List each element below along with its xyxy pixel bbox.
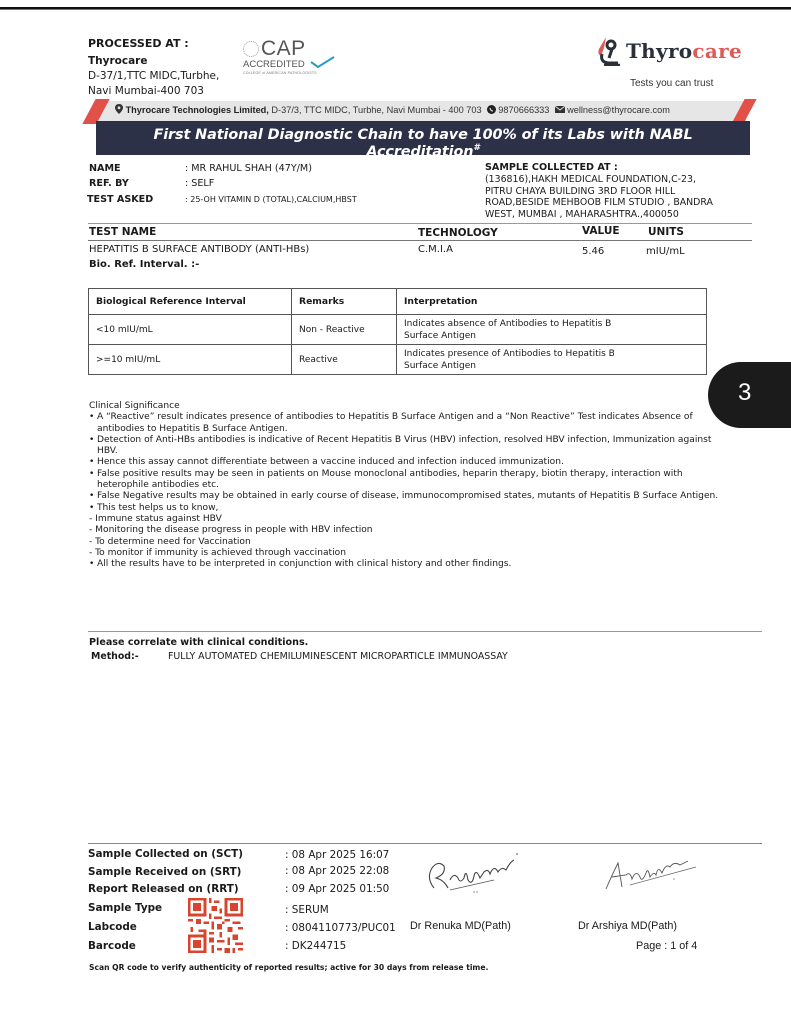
clinical-significance: Clinical Significance A “Reactive” resul… — [89, 401, 719, 570]
sct-label: Sample Collected on (SCT) — [88, 848, 243, 860]
bullet-item: This test helps us to know, — [89, 503, 719, 514]
location-pin-icon — [115, 104, 123, 114]
company-address: D-37/3, TTC MIDC, Turbhe, Navi Mumbai - … — [269, 105, 482, 115]
page-number: Page : 1 of 4 — [636, 940, 697, 952]
bullet-item: All the results have to be interpreted i… — [89, 559, 719, 570]
page-indicator-number: 3 — [738, 379, 751, 407]
cap-title: CAP — [261, 37, 306, 61]
viewer-top-border — [0, 7, 791, 10]
correlate-note: Please correlate with clinical condition… — [89, 637, 308, 648]
sct-value: : 08 Apr 2025 16:07 — [285, 849, 389, 861]
srt-label: Sample Received on (SRT) — [88, 866, 241, 878]
method-value: FULLY AUTOMATED CHEMILUMINESCENT MICROPA… — [168, 651, 508, 662]
labcode-value: : 0804110773/PUC01 — [285, 922, 396, 934]
brand-tagline: Tests you can trust — [630, 78, 713, 89]
labcode-label: Labcode — [88, 921, 137, 933]
sample-type-value: : SERUM — [285, 904, 329, 916]
barcode-label: Barcode — [88, 940, 136, 952]
thyrocare-logo: Thyrocare — [596, 36, 756, 72]
cap-globe-icon — [243, 41, 259, 57]
result-technology: C.M.I.A — [418, 244, 453, 255]
contact-phone: 9870666333 — [498, 105, 549, 115]
sub-item: - To determine need for Vaccination — [89, 537, 719, 548]
processed-at-heading: PROCESSED AT : — [88, 37, 189, 50]
processed-lab-name: Thyrocare — [88, 55, 147, 67]
sample-type-label: Sample Type — [88, 902, 162, 914]
ref-by-label: REF. BY — [89, 178, 129, 189]
col-technology: TECHNOLOGY — [418, 227, 498, 239]
ref-by-value: : SELF — [185, 178, 214, 189]
test-asked-value: : 25-OH VITAMIN D (TOTAL),CALCIUM,HBST — [185, 195, 357, 204]
divider — [88, 843, 762, 844]
name-label: NAME — [89, 163, 121, 174]
sub-item: - Monitoring the disease progress in peo… — [89, 525, 719, 536]
method-label: Method:- — [91, 651, 139, 662]
processed-address-line1: D-37/1,TTC MIDC,Turbhe, — [88, 70, 219, 82]
cap-accredited-logo: CAP ACCREDITED COLLEGE of AMERICAN PATHO… — [243, 39, 343, 79]
result-value: 5.46 — [582, 246, 604, 257]
signature-renuka — [424, 850, 524, 896]
doctor1-name: Dr Renuka MD(Path) — [410, 920, 511, 932]
bullet-item: False positive results may be seen in pa… — [89, 469, 719, 492]
header-remarks: Remarks — [292, 289, 397, 315]
sub-item: - Immune status against HBV — [89, 514, 719, 525]
header-bio-ref: Biological Reference Interval — [89, 289, 292, 315]
col-test-name: TEST NAME — [89, 226, 156, 238]
srt-value: : 08 Apr 2025 22:08 — [285, 865, 389, 877]
bullet-item: Detection of Anti-HBs antibodies is indi… — [89, 435, 719, 458]
divider — [88, 223, 752, 224]
contact-info: Thyrocare Technologies Limited, D-37/3, … — [115, 104, 670, 115]
checkmark-icon — [309, 56, 335, 68]
bullet-item: A “Reactive” result indicates presence o… — [89, 412, 719, 435]
header-interpretation: Interpretation — [397, 289, 707, 315]
qr-scan-note: Scan QR code to verify authenticity of r… — [89, 963, 488, 972]
clinical-significance-list: A “Reactive” result indicates presence o… — [89, 412, 719, 570]
bullet-item: Hence this assay cannot differentiate be… — [89, 457, 719, 468]
sub-item: - To monitor if immunity is achieved thr… — [89, 548, 719, 559]
bullet-item: False Negative results may be obtained i… — [89, 491, 719, 502]
whatsapp-icon — [487, 105, 496, 114]
mail-icon — [555, 106, 565, 113]
nabl-banner-text: First National Diagnostic Chain to have … — [96, 127, 750, 160]
brand-name: Thyrocare — [626, 39, 742, 63]
sample-collected-address: (136816),HAKH MEDICAL FOUNDATION,C-23, P… — [485, 174, 745, 220]
company-name: Thyrocare Technologies Limited, — [126, 105, 269, 115]
cap-subtitle: COLLEGE of AMERICAN PATHOLOGISTS — [243, 71, 317, 75]
col-units: UNITS — [648, 226, 684, 238]
table-row: >=10 mIU/mL Reactive Indicates presence … — [89, 345, 707, 375]
reference-interval-table: Biological Reference Interval Remarks In… — [88, 288, 707, 375]
result-units: mIU/mL — [646, 246, 685, 257]
divider — [88, 240, 752, 241]
result-test-name: HEPATITIS B SURFACE ANTIBODY (ANTI-HBs) — [89, 244, 309, 255]
rrt-label: Report Released on (RRT) — [88, 883, 239, 895]
test-asked-label: TEST ASKED — [87, 194, 153, 205]
divider — [88, 631, 762, 632]
barcode-value: : DK244715 — [285, 940, 346, 952]
name-value: : MR RAHUL SHAH (47Y/M) — [185, 163, 312, 174]
col-value: VALUE — [582, 225, 620, 237]
processed-address-line2: Navi Mumbai-400 703 — [88, 85, 204, 97]
qr-code[interactable] — [188, 897, 243, 954]
table-row: <10 mIU/mL Non - Reactive Indicates abse… — [89, 315, 707, 345]
doctor2-name: Dr Arshiya MD(Path) — [578, 920, 677, 932]
sample-collected-at-label: SAMPLE COLLECTED AT : — [485, 162, 618, 173]
microscope-drop-icon — [596, 36, 622, 66]
contact-email: wellness@thyrocare.com — [567, 105, 670, 115]
cap-accredited-text: ACCREDITED — [243, 59, 305, 70]
rrt-value: : 09 Apr 2025 01:50 — [285, 883, 389, 895]
signature-arshiya — [600, 855, 700, 895]
bio-ref-interval-label: Bio. Ref. Interval. :- — [89, 259, 199, 270]
clinical-significance-title: Clinical Significance — [89, 401, 719, 412]
